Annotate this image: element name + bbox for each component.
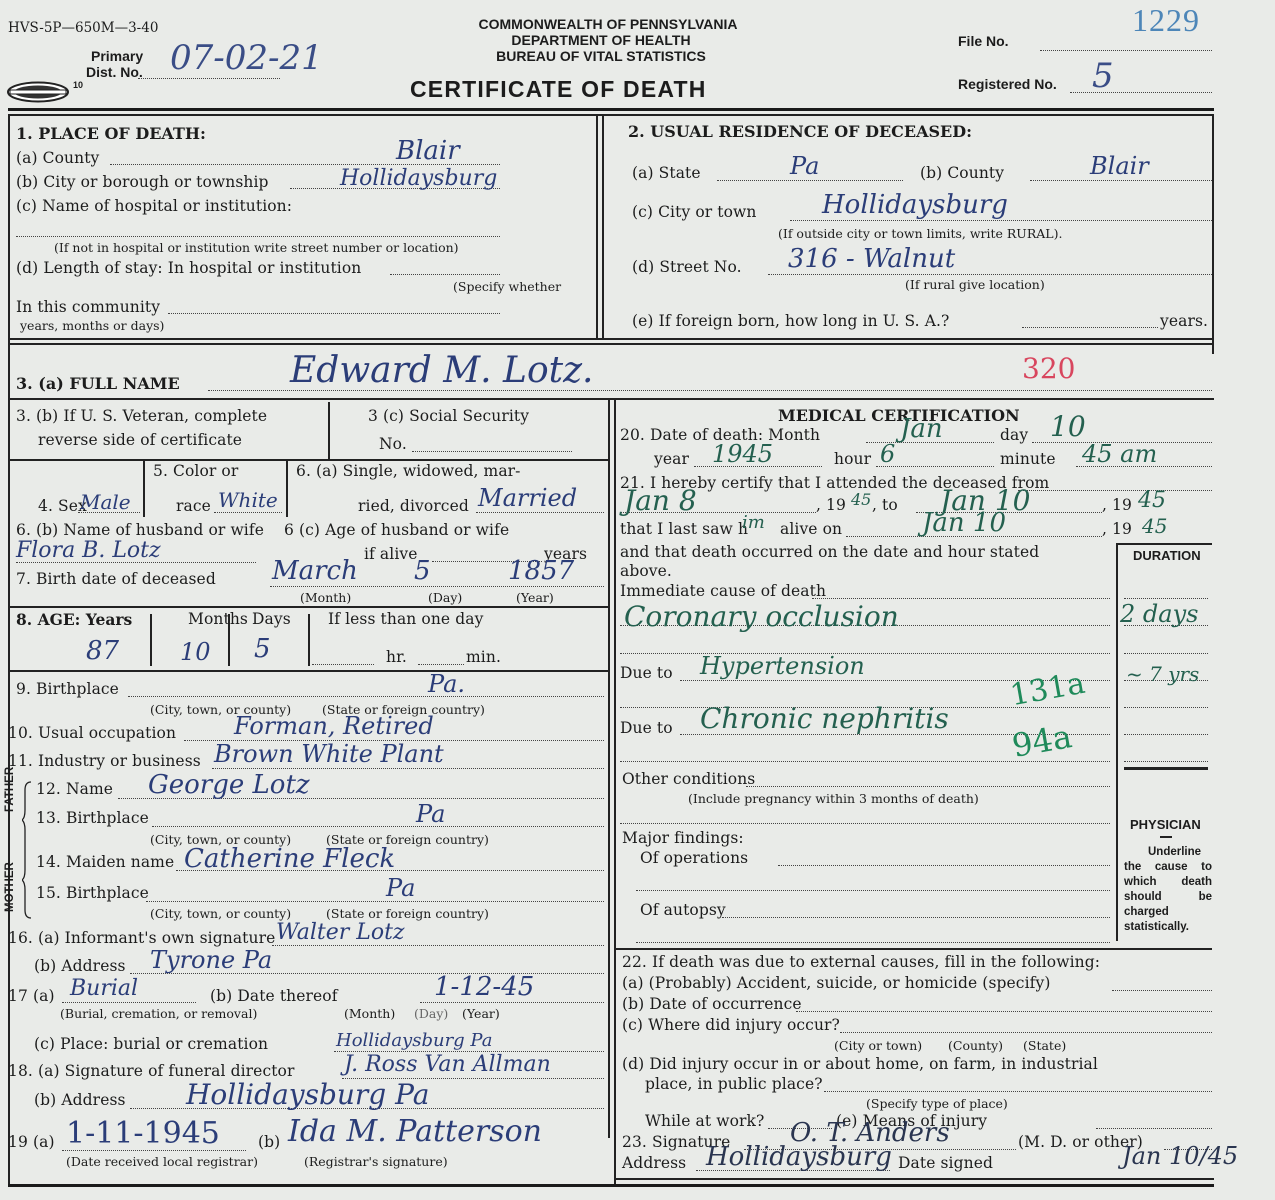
full-name-label: 3. (a) FULL NAME <box>16 374 180 393</box>
union-label-seal-icon <box>6 81 70 103</box>
ssn-label-1: 3 (c) Social Security <box>368 407 529 425</box>
death-city-value[interactable]: Hollidaysburg <box>340 166 497 191</box>
external-c-city-note: (City or town) <box>834 1038 922 1053</box>
stay-hospital-label: (d) Length of stay: In hospital or insti… <box>16 259 361 277</box>
marital-label-2: ried, divorced <box>358 497 469 515</box>
due-to-1-label: Due to <box>620 664 673 682</box>
date-signed-label: Date signed <box>898 1154 993 1172</box>
registrar-label: 19 (a) <box>8 1133 55 1151</box>
res-city-note: (If outside city or town limits, write R… <box>778 226 1062 241</box>
attended-from-value[interactable]: Jan 8 <box>624 484 697 517</box>
death-county-value[interactable]: Blair <box>396 136 460 166</box>
other-conditions-note: (Include pregnancy within 3 months of de… <box>688 791 979 806</box>
usual-residence-heading: 2. USUAL RESIDENCE OF DECEASED: <box>628 122 972 141</box>
external-c-state-note: (State) <box>1023 1038 1066 1053</box>
operations-label: Of operations <box>640 849 748 867</box>
hospital-note: (If not in hospital or institution write… <box>54 240 459 255</box>
physician-note: Underline the cause to which death shoul… <box>1124 845 1212 935</box>
stay-community-note: years, months or days) <box>20 318 164 333</box>
index-number: 320 <box>1022 352 1075 385</box>
mother-bracket-text: MOTHER <box>4 862 16 912</box>
due-to-1-duration-value[interactable]: ~ 7 yrs <box>1126 662 1199 686</box>
last-saw-pronoun[interactable]: im <box>742 512 765 533</box>
primary-dist-label: Primary Dist. No. <box>86 48 143 80</box>
industry-label: 11. Industry or business <box>8 752 201 770</box>
burial-place-label: (c) Place: burial or cremation <box>34 1035 268 1053</box>
physician-heading: PHYSICIAN <box>1130 817 1201 832</box>
burial-place-value[interactable]: Hollidaysburg Pa <box>336 1030 492 1051</box>
attended-to-label: , to <box>872 496 898 514</box>
place-of-death-heading: 1. PLACE OF DEATH: <box>16 124 206 143</box>
age-days-value[interactable]: 5 <box>254 634 271 664</box>
mother-birthplace-value[interactable]: Pa <box>386 874 415 902</box>
registered-no-label: Registered No. <box>958 76 1057 92</box>
external-d-note: (Specify type of place) <box>866 1096 1008 1111</box>
registered-no-value: 5 <box>1092 56 1114 96</box>
color-value[interactable]: White <box>218 488 278 512</box>
father-name-label: 12. Name <box>36 780 113 798</box>
medical-heading: MEDICAL CERTIFICATION <box>778 406 1020 425</box>
stay-community-label: In this community <box>16 298 160 316</box>
death-county-label: (a) County <box>16 149 99 167</box>
birthplace-value[interactable]: Pa. <box>428 670 465 698</box>
age-months-value[interactable]: 10 <box>180 638 211 666</box>
external-c-county-note: (County) <box>948 1038 1003 1053</box>
age-days-label: Days <box>252 610 291 628</box>
external-a-label: (a) (Probably) Accident, suicide, or hom… <box>622 974 1050 992</box>
external-causes-heading: 22. If death was due to external causes,… <box>622 953 1100 971</box>
funeral-address-label: (b) Address <box>34 1091 126 1109</box>
birth-day-note: (Day) <box>428 590 462 605</box>
external-d-label-1: (d) Did injury occur in or about home, o… <box>622 1055 1098 1073</box>
attended-from-year[interactable]: 45 <box>851 490 871 509</box>
informant-signature-label: 16. (a) Informant's own signature <box>8 929 275 947</box>
registrar-date-note: (Date received local registrar) <box>66 1154 258 1169</box>
due-to-2-label: Due to <box>620 719 673 737</box>
ssn-label-2: No. <box>379 435 407 453</box>
major-findings-label: Major findings: <box>622 829 744 847</box>
age-years-label: 8. AGE: Years <box>16 610 132 629</box>
informant-signature-value[interactable]: Walter Lotz <box>276 920 405 945</box>
age-less-label: If less than one day <box>328 610 483 628</box>
issuing-authority: COMMONWEALTH OF PENNSYLVANIA DEPARTMENT … <box>452 16 764 64</box>
birth-month-note: (Month) <box>300 590 351 605</box>
primary-dist-value: 07-02-21 <box>170 38 323 78</box>
occurred-statement-2: above. <box>620 562 672 580</box>
res-state-value[interactable]: Pa <box>790 152 819 180</box>
due-to-2-value[interactable]: Chronic nephritis <box>700 702 949 735</box>
death-hour-label: hour <box>834 450 871 468</box>
last-saw-date-value[interactable]: Jan 10 <box>922 508 1006 538</box>
external-b-label: (b) Date of occurrence <box>622 995 802 1013</box>
father-bracket-label: FATHER <box>4 782 16 812</box>
age-months-label: Months <box>188 610 248 628</box>
death-day-label: day <box>1000 426 1028 444</box>
date-signed-value[interactable]: Jan 10/45 <box>1122 1142 1238 1170</box>
color-label-1: 5. Color or <box>153 462 238 480</box>
disposal-label: 17 (a) <box>8 987 55 1005</box>
union-mark-number: 10 <box>73 80 83 90</box>
age-years-value[interactable]: 87 <box>86 636 119 666</box>
death-city-label: (b) City or borough or township <box>16 173 269 191</box>
disposal-date-month-note: (Month) <box>344 1006 395 1021</box>
mother-bracket-label: MOTHER <box>4 882 16 912</box>
attended-to-year[interactable]: 45 <box>1138 488 1166 513</box>
registrar-sig-note: (Registrar's signature) <box>304 1154 448 1169</box>
stat-code-2: 94a <box>1009 717 1074 765</box>
res-street-value[interactable]: 316 - Walnut <box>788 244 955 274</box>
last-saw-year-prefix: , 19 <box>1102 520 1132 538</box>
funeral-director-value[interactable]: J. Ross Van Allman <box>344 1052 551 1077</box>
birth-day-value[interactable]: 5 <box>414 556 431 586</box>
disposal-value[interactable]: Burial <box>70 976 138 1001</box>
death-year-value[interactable]: 1945 <box>712 440 773 468</box>
stay-note: (Specify whether <box>453 279 561 294</box>
death-year-label: year <box>654 450 689 468</box>
marital-label-1: 6. (a) Single, widowed, mar- <box>296 462 521 480</box>
org-line-1: COMMONWEALTH OF PENNSYLVANIA <box>452 16 764 32</box>
informant-address-value[interactable]: Tyrone Pa <box>150 946 272 974</box>
parents-bracket-icon <box>22 780 32 924</box>
while-at-work-label: While at work? <box>645 1112 764 1130</box>
external-c-label: (c) Where did injury occur? <box>622 1016 840 1034</box>
occupation-label: 10. Usual occupation <box>8 724 176 742</box>
sex-value[interactable]: Male <box>80 490 131 514</box>
page-title: CERTIFICATE OF DEATH <box>410 76 707 103</box>
birth-month-value[interactable]: March <box>272 556 358 586</box>
res-city-value[interactable]: Hollidaysburg <box>822 190 1008 220</box>
death-hour-value[interactable]: 6 <box>880 440 895 468</box>
due-to-1-value[interactable]: Hypertension <box>700 652 865 680</box>
res-foreign-label: (e) If foreign born, how long in U. S. A… <box>632 312 949 330</box>
veteran-label-2: reverse side of certificate <box>38 431 267 449</box>
disposal-date-label: (b) Date thereof <box>210 987 338 1005</box>
registrar-sig-value[interactable]: Ida M. Patterson <box>288 1114 542 1149</box>
attended-to-year-prefix: , 19 <box>1102 496 1132 514</box>
disposal-date-year-note: (Year) <box>462 1006 500 1021</box>
attended-from-year-prefix: , 19 <box>816 496 846 514</box>
birth-year-note: (Year) <box>516 590 554 605</box>
res-city-label: (c) City or town <box>632 203 757 221</box>
spouse-age-label: 6 (c) Age of husband or wife <box>284 521 509 539</box>
age-min-label: min. <box>466 648 501 666</box>
birthplace-label: 9. Birthplace <box>16 680 119 698</box>
res-county-label: (b) County <box>920 164 1004 182</box>
death-day-value[interactable]: 10 <box>1050 410 1086 443</box>
registrar-sig-label: (b) <box>258 1133 280 1151</box>
registrar-date-value[interactable]: 1-11-1945 <box>66 1116 220 1151</box>
death-minute-value[interactable]: 45 am <box>1082 440 1157 468</box>
occupation-value[interactable]: Forman, Retired <box>234 712 434 740</box>
death-month-value[interactable]: Jan <box>900 414 943 444</box>
color-label-2: race <box>176 497 211 515</box>
birth-year-value[interactable]: 1857 <box>508 556 574 586</box>
marital-value[interactable]: Married <box>478 484 577 512</box>
external-d-label-2: place, in public place? <box>645 1075 823 1093</box>
physician-address-label: Address <box>622 1154 686 1172</box>
res-county-value[interactable]: Blair <box>1090 152 1149 180</box>
duration-header: DURATION <box>1133 548 1201 563</box>
mother-birthplace-state-note: (State or foreign country) <box>326 906 489 921</box>
primary-label: Primary <box>86 48 143 64</box>
full-name-value[interactable]: Edward M. Lotz. <box>290 350 594 391</box>
physician-address-value[interactable]: Hollidaysburg <box>706 1142 892 1172</box>
father-birthplace-label: 13. Birthplace <box>36 809 149 827</box>
last-saw-year[interactable]: 45 <box>1142 514 1167 538</box>
file-no-label: File No. <box>958 33 1009 49</box>
file-no-value: 1229 <box>1132 2 1200 39</box>
autopsy-label: Of autopsy <box>640 901 726 919</box>
death-minute-label: minute <box>1000 450 1056 468</box>
age-hr-label: hr. <box>386 648 407 666</box>
father-bracket-text: FATHER <box>4 767 16 812</box>
occurred-statement-1: and that death occurred on the date and … <box>620 543 1039 561</box>
mother-name-value[interactable]: Catherine Fleck <box>184 844 395 874</box>
immediate-cause-value[interactable]: Coronary occlusion <box>624 600 899 633</box>
res-foreign-suffix: years. <box>1160 312 1208 330</box>
spouse-name-value[interactable]: Flora B. Lotz <box>16 538 161 563</box>
dist-no-label: Dist. No. <box>86 64 143 80</box>
org-line-3: BUREAU OF VITAL STATISTICS <box>438 48 764 64</box>
disposal-date-value[interactable]: 1-12-45 <box>434 972 534 1002</box>
org-line-2: DEPARTMENT OF HEALTH <box>438 32 764 48</box>
res-street-label: (d) Street No. <box>632 258 742 276</box>
form-code: HVS-5P—650M—3-40 <box>8 20 158 36</box>
immediate-duration-value[interactable]: 2 days <box>1120 600 1198 628</box>
mother-name-label: 14. Maiden name <box>36 853 174 871</box>
industry-value[interactable]: Brown White Plant <box>214 740 444 768</box>
res-state-label: (a) State <box>632 164 701 182</box>
res-street-note: (If rural give location) <box>905 277 1045 292</box>
spouse-age-if-alive: if alive <box>364 545 418 563</box>
mother-birthplace-city-note: (City, town, or county) <box>150 906 291 921</box>
disposal-date-day-note: (Day) <box>414 1006 448 1021</box>
birth-date-label: 7. Birth date of deceased <box>16 570 216 588</box>
father-birthplace-value[interactable]: Pa <box>416 800 445 828</box>
veteran-label-1: 3. (b) If U. S. Veteran, complete <box>16 407 267 425</box>
informant-address-label: (b) Address <box>34 957 126 975</box>
spouse-label: 6. (b) Name of husband or wife <box>16 521 264 539</box>
funeral-address-value[interactable]: Hollidaysburg Pa <box>186 1078 429 1111</box>
hospital-label: (c) Name of hospital or institution: <box>16 197 292 215</box>
alive-on-label: alive on <box>780 520 842 538</box>
disposal-note: (Burial, cremation, or removal) <box>60 1006 257 1021</box>
father-name-value[interactable]: George Lotz <box>148 770 310 800</box>
veteran-label: 3. (b) If U. S. Veteran, complete revers… <box>16 407 267 449</box>
other-conditions-label: Other conditions <box>622 770 755 788</box>
immediate-cause-label: Immediate cause of death <box>620 582 826 600</box>
mother-birthplace-label: 15. Birthplace <box>36 884 149 902</box>
last-saw-label: that I last saw h <box>620 520 748 538</box>
